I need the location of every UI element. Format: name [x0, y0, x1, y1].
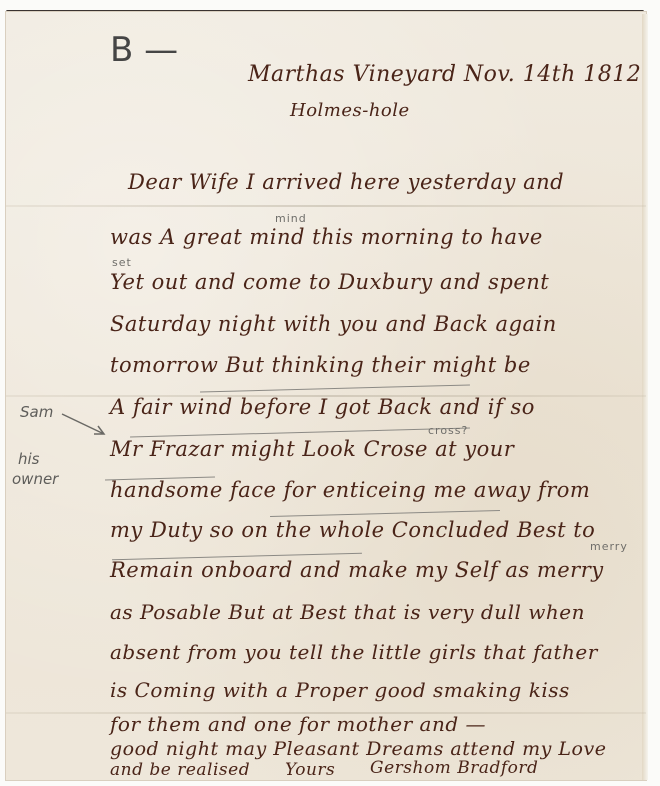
paper-right-edge [642, 14, 648, 780]
margin-note-owner: owner [12, 470, 58, 488]
letter-line: absent from you tell the little girls th… [110, 640, 598, 664]
letter-line: A fair wind before I got Back and if so [110, 395, 535, 419]
pencil-annotation-mind: mind [275, 212, 307, 225]
letter-line: was A great mind this morning to have [110, 225, 543, 249]
letter-signature: Gershom Bradford [370, 758, 538, 778]
letter-line: Yet out and come to Duxbury and spent [110, 270, 549, 294]
letter-line: Remain onboard and make my Self as merry [110, 558, 604, 582]
pencil-annotation-cross: cross? [428, 424, 468, 437]
letter-line: for them and one for mother and — [110, 712, 486, 736]
pencil-annotation-merry: merry [590, 540, 628, 553]
letter-closing: Yours [285, 760, 335, 780]
letter-line: Dear Wife I arrived here yesterday and [128, 170, 564, 194]
archive-mark: B — [110, 30, 178, 70]
pencil-arrow-icon [60, 410, 110, 440]
letter-line: tomorrow But thinking their might be [110, 353, 531, 377]
letter-line: as Posable But at Best that is very dull… [110, 600, 585, 624]
letter-line: Saturday night with you and Back again [110, 312, 557, 336]
letter-line: is Coming with a Proper good smaking kis… [110, 678, 570, 702]
letter-line: my Duty so on the whole Concluded Best t… [110, 518, 595, 542]
pencil-annotation-set: set [112, 256, 132, 269]
heading-locality: Holmes-hole [290, 100, 410, 121]
letter-line: good night may Pleasant Dreams attend my… [110, 738, 606, 760]
letter-line: handsome face for enticeing me away from [110, 478, 590, 502]
heading-place-date: Marthas Vineyard Nov. 14th 1812 [248, 62, 641, 87]
letter-line: and be realised [110, 760, 250, 780]
letter-line: Mr Frazar might Look Crose at your [110, 437, 514, 461]
margin-note-sam: Sam [20, 403, 53, 421]
margin-note-his: his [18, 450, 40, 468]
paper-fold [6, 205, 646, 207]
